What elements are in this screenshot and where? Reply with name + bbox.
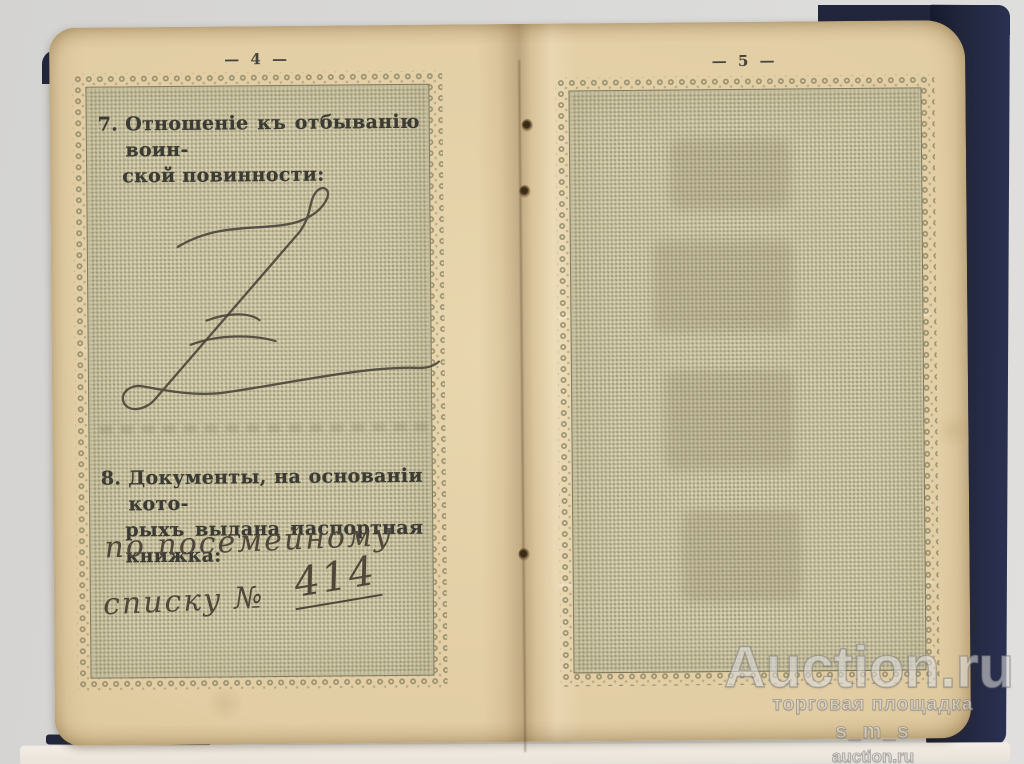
show-through-imprint [664, 370, 795, 471]
watermark-site: auction.ru [742, 747, 1004, 764]
item-7: 7. Отношеніе къ отбыванію воин- ской пов… [98, 109, 421, 190]
watermark-seller: s_m_s [742, 720, 1004, 744]
watermark-subtitle: торговая площадка [742, 694, 1004, 716]
page-4-pattern-area: 7. Отношеніе къ отбыванію воин- ской пов… [85, 84, 434, 679]
stain [205, 686, 245, 720]
page-5-ornamental-frame [555, 74, 939, 686]
watermark-title: Auction.ru [724, 634, 1014, 701]
stitch-hole [519, 185, 530, 198]
show-through-imprint [670, 138, 791, 211]
handwritten-entry-line2: списку № 414 [102, 566, 381, 627]
show-through-imprint [681, 509, 802, 602]
item-8-number: 8. [101, 465, 129, 517]
show-through-text [99, 423, 429, 434]
page-5-number: — 5 — [555, 50, 934, 71]
photo-canvas: — 4 — 7. Отношеніе къ отбыванію воин- ск… [0, 0, 1024, 764]
item-7-line1: Отношеніе къ отбыванію воин- [125, 109, 420, 164]
page-4-ornamental-frame: 7. Отношеніе къ отбыванію воин- ской пов… [72, 71, 447, 692]
gutter-fold [518, 60, 526, 752]
handwritten-entry-line2-prefix: списку № [102, 580, 265, 622]
item-7-number: 7. [98, 111, 126, 163]
item-8-line1: Документы, на основаніи кото- [128, 463, 423, 518]
show-through-imprint [653, 240, 794, 333]
handwritten-strike-mark [101, 183, 447, 418]
watermark-block: торговая площадка s_m_s auction.ru [742, 694, 1004, 764]
page-5-pattern-area [568, 87, 926, 673]
stitch-hole [518, 548, 529, 561]
page-4-number: — 4 — [72, 49, 442, 70]
stitch-hole [522, 119, 533, 132]
stain [936, 410, 970, 450]
